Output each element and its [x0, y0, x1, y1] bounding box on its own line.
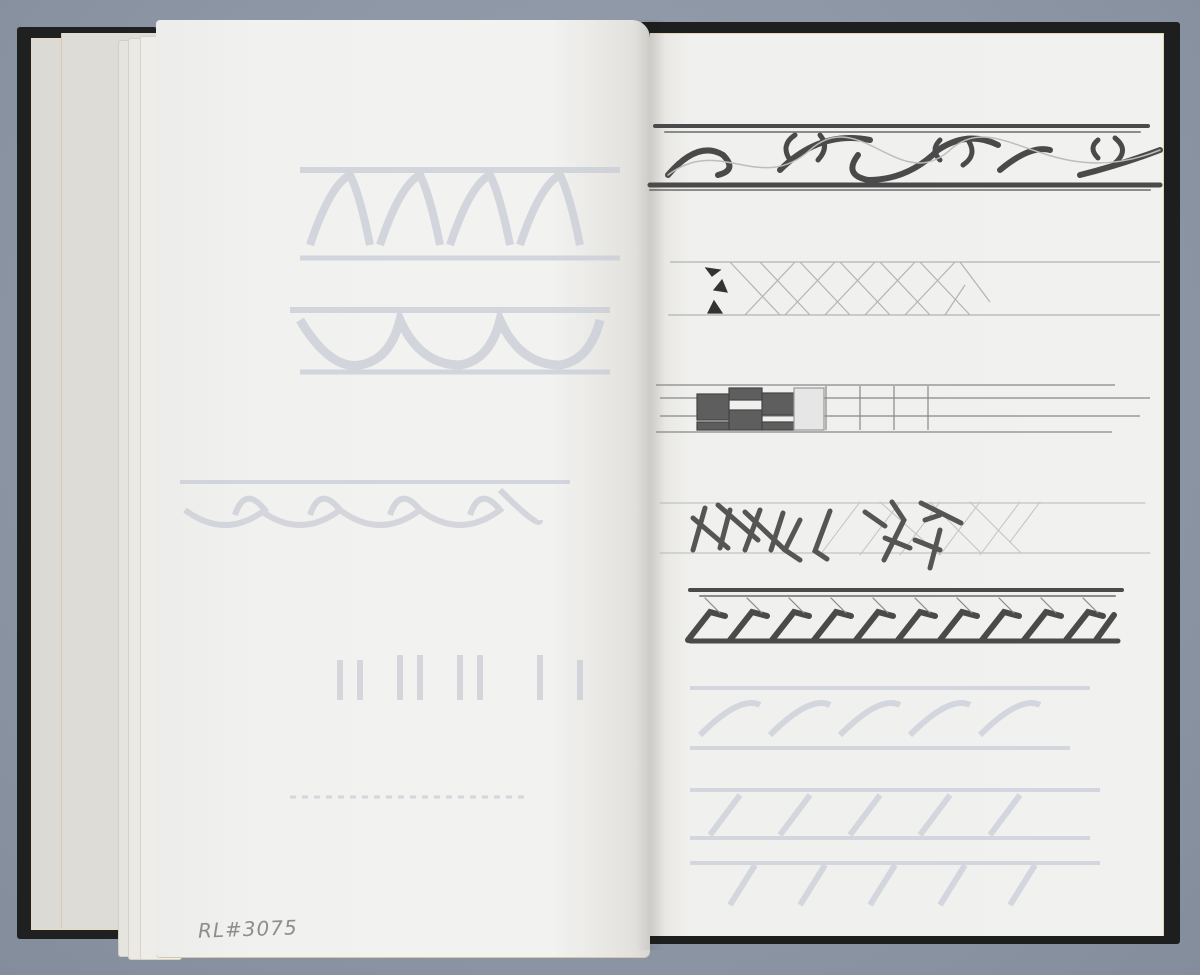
sketch-wave-scroll [650, 126, 1160, 190]
sketch-fret-border [656, 385, 1150, 432]
sketch-cross-lattice [660, 502, 1150, 568]
accession-mark: RL#3075 [198, 915, 298, 942]
right-page-sketches [0, 0, 1200, 975]
sketch-chevron-braid [688, 590, 1122, 641]
sketch-diamond-lattice [668, 262, 1160, 315]
